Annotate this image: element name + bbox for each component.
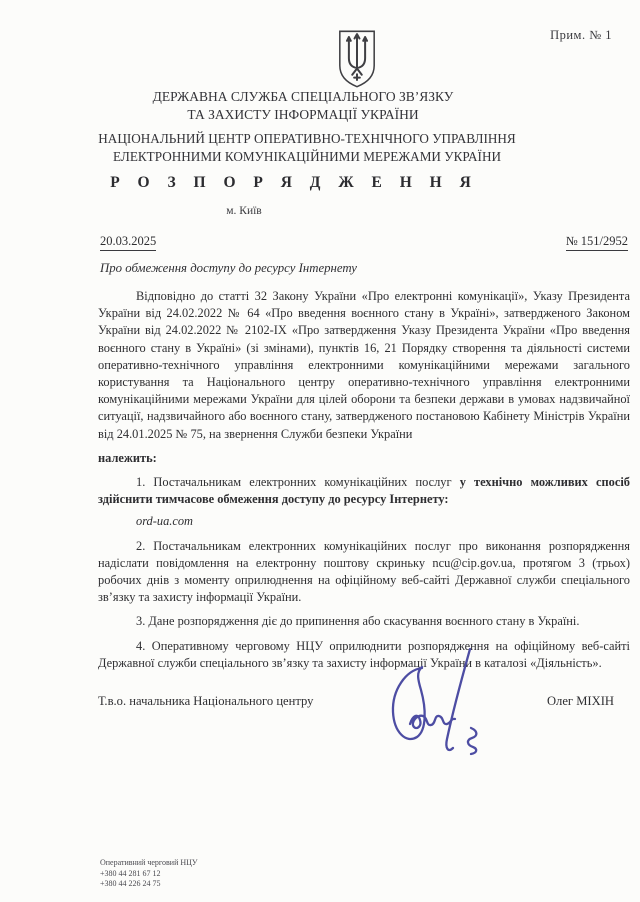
document-number: № 151/2952 — [566, 234, 628, 251]
agency-name-line2: ТА ЗАХИСТУ ІНФОРМАЦІЇ УКРАЇНИ — [18, 106, 588, 124]
subject-line: Про обмеження доступу до ресурсу Інтерне… — [100, 261, 357, 276]
signer-name: Олег МІХІН — [547, 694, 614, 709]
item-1-paragraph: 1. Постачальникам електронних комунікаці… — [98, 474, 630, 508]
document-body: Відповідно до статті 32 Закону України «… — [98, 288, 630, 679]
footer-phone-1: +380 44 281 67 12 — [100, 869, 198, 880]
city-label: м. Київ — [0, 205, 564, 217]
contact-footer: Оперативний черговий НЦУ +380 44 281 67 … — [100, 858, 198, 890]
signature-row: Т.в.о. начальника Національного центру О… — [98, 694, 614, 709]
nalezhyt-label: належить: — [98, 450, 630, 467]
item-2-paragraph: 2. Постачальникам електронних комунікаці… — [98, 538, 630, 607]
agency-name-line1: ДЕРЖАВНА СЛУЖБА СПЕЦІАЛЬНОГО ЗВ’ЯЗКУ — [18, 88, 588, 106]
footer-duty-officer: Оперативний черговий НЦУ — [100, 858, 198, 869]
national-center-line2: ЕЛЕКТРОННИМИ КОМУНІКАЦІЙНИМИ МЕРЕЖАМИ УК… — [12, 148, 602, 166]
national-center-line1: НАЦІОНАЛЬНИЙ ЦЕНТР ОПЕРАТИВНО-ТЕХНІЧНОГО… — [12, 130, 602, 148]
signer-position: Т.в.о. начальника Національного центру — [98, 694, 313, 709]
handwritten-signature-ink — [382, 644, 492, 768]
document-date: 20.03.2025 — [100, 234, 156, 251]
date-number-row: 20.03.2025 № 151/2952 — [100, 234, 628, 251]
agency-name: ДЕРЖАВНА СЛУЖБА СПЕЦІАЛЬНОГО ЗВ’ЯЗКУ ТА … — [18, 88, 588, 123]
document-type-title: Р О З П О Р Я Д Ж Е Н Н Я — [0, 174, 614, 192]
blocked-resource: ord-ua.com — [98, 513, 630, 530]
preamble-paragraph: Відповідно до статті 32 Закону України «… — [98, 288, 630, 443]
national-center-name: НАЦІОНАЛЬНИЙ ЦЕНТР ОПЕРАТИВНО-ТЕХНІЧНОГО… — [12, 130, 602, 165]
copy-number-label: Прим. № 1 — [550, 28, 612, 43]
footer-phone-2: +380 44 226 24 75 — [100, 879, 198, 890]
item-3-paragraph: 3. Дане розпорядження діє до припинення … — [98, 613, 630, 630]
document-page: Прим. № 1 ДЕРЖАВНА СЛУЖБА СПЕЦІАЛЬНОГО З… — [0, 0, 640, 902]
item-4-paragraph: 4. Оперативному черговому НЦУ оприлюднит… — [98, 638, 630, 672]
item-1-normal-text: 1. Постачальникам електронних комунікаці… — [136, 475, 460, 489]
ukraine-trident-emblem-icon — [336, 29, 378, 89]
